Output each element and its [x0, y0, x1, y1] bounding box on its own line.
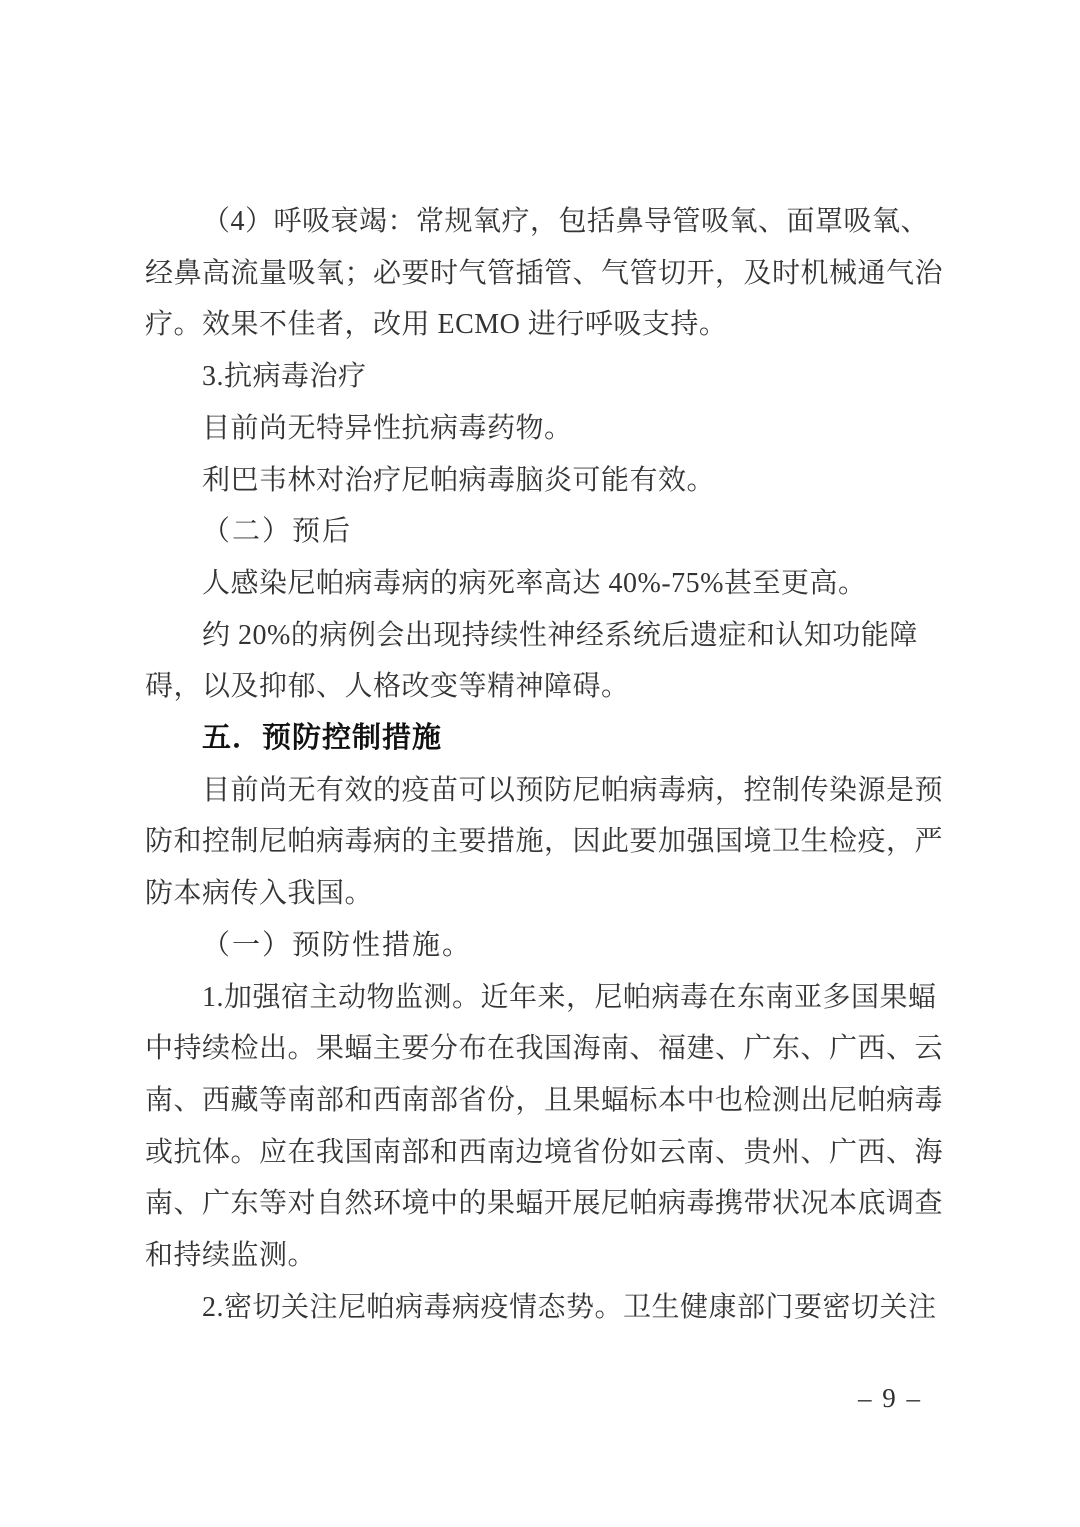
text-line: 2.密切关注尼帕病毒病疫情态势。卫生健康部门要密切关注	[145, 1282, 945, 1334]
text-line: 1.加强宿主动物监测。近年来，尼帕病毒在东南亚多国果蝠	[145, 972, 945, 1024]
text-line: 经鼻高流量吸氧；必要时气管插管、气管切开，及时机械通气治	[145, 248, 945, 300]
text-line: 目前尚无特异性抗病毒药物。	[145, 403, 945, 455]
text-line: 防本病传入我国。	[145, 868, 945, 920]
text-line: 南、西藏等南部和西南部省份，且果蝠标本中也检测出尼帕病毒	[145, 1075, 945, 1127]
subsection-heading: （二）预后	[145, 506, 945, 558]
text-line: 目前尚无有效的疫苗可以预防尼帕病毒病，控制传染源是预	[145, 765, 945, 817]
text-line: 人感染尼帕病毒病的病死率高达 40%-75%甚至更高。	[145, 558, 945, 610]
text-line: （4）呼吸衰竭：常规氧疗，包括鼻导管吸氧、面罩吸氧、	[145, 196, 945, 248]
text-line: 或抗体。应在我国南部和西南边境省份如云南、贵州、广西、海	[145, 1127, 945, 1179]
text-line: 约 20%的病例会出现持续性神经系统后遗症和认知功能障	[145, 610, 945, 662]
text-line: 利巴韦林对治疗尼帕病毒脑炎可能有效。	[145, 455, 945, 507]
text-line: 疗。效果不佳者，改用 ECMO 进行呼吸支持。	[145, 299, 945, 351]
page-number: – 9 –	[845, 1383, 935, 1414]
text-line: 南、广东等对自然环境中的果蝠开展尼帕病毒携带状况本底调查	[145, 1178, 945, 1230]
text-line: 中持续检出。果蝠主要分布在我国海南、福建、广东、广西、云	[145, 1023, 945, 1075]
text-line: 和持续监测。	[145, 1230, 945, 1282]
section-heading: 五．预防控制措施	[145, 713, 945, 765]
text-line: 防和控制尼帕病毒病的主要措施，因此要加强国境卫生检疫，严	[145, 816, 945, 868]
document-body: （4）呼吸衰竭：常规氧疗，包括鼻导管吸氧、面罩吸氧、 经鼻高流量吸氧；必要时气管…	[145, 196, 945, 1333]
document-page: （4）呼吸衰竭：常规氧疗，包括鼻导管吸氧、面罩吸氧、 经鼻高流量吸氧；必要时气管…	[0, 0, 1080, 1527]
subsection-heading: （一）预防性措施。	[145, 920, 945, 972]
text-line: 碍，以及抑郁、人格改变等精神障碍。	[145, 661, 945, 713]
text-line: 3.抗病毒治疗	[145, 351, 945, 403]
